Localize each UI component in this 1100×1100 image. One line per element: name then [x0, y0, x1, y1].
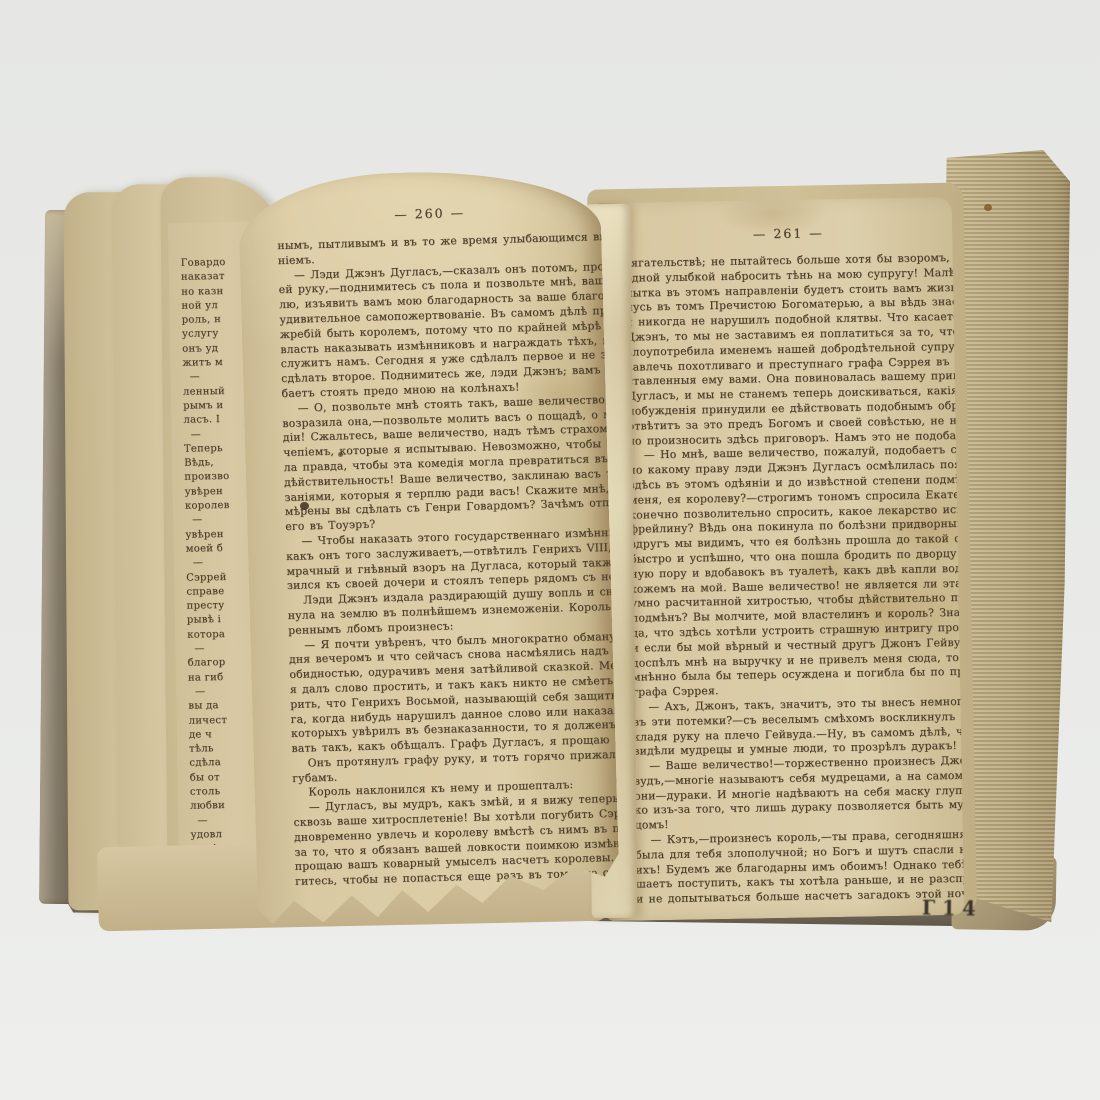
stain-dot — [984, 204, 992, 211]
shelf-mark-edge-marking: Г14 — [922, 894, 1013, 926]
page-number-261: — 261 — — [624, 223, 952, 244]
page-number-260: — 260 — — [276, 201, 600, 225]
book-photo: Говардонаказатно казнной улроль, нуслугу… — [0, 0, 1100, 1100]
right-page-261: — 261 — сягательствѣ; не пытайтесь больш… — [594, 197, 964, 921]
left-page-260: — 260 — нымъ, пытливымъ и въ то же время… — [238, 167, 621, 932]
ink-blot — [300, 502, 309, 510]
right-page-text: сягательствѣ; не пытайтесь больше хотя б… — [625, 251, 964, 908]
ink-blot — [338, 452, 343, 457]
left-page-text: нымъ, пытливымъ и въ то же время улыбающ… — [277, 230, 619, 890]
